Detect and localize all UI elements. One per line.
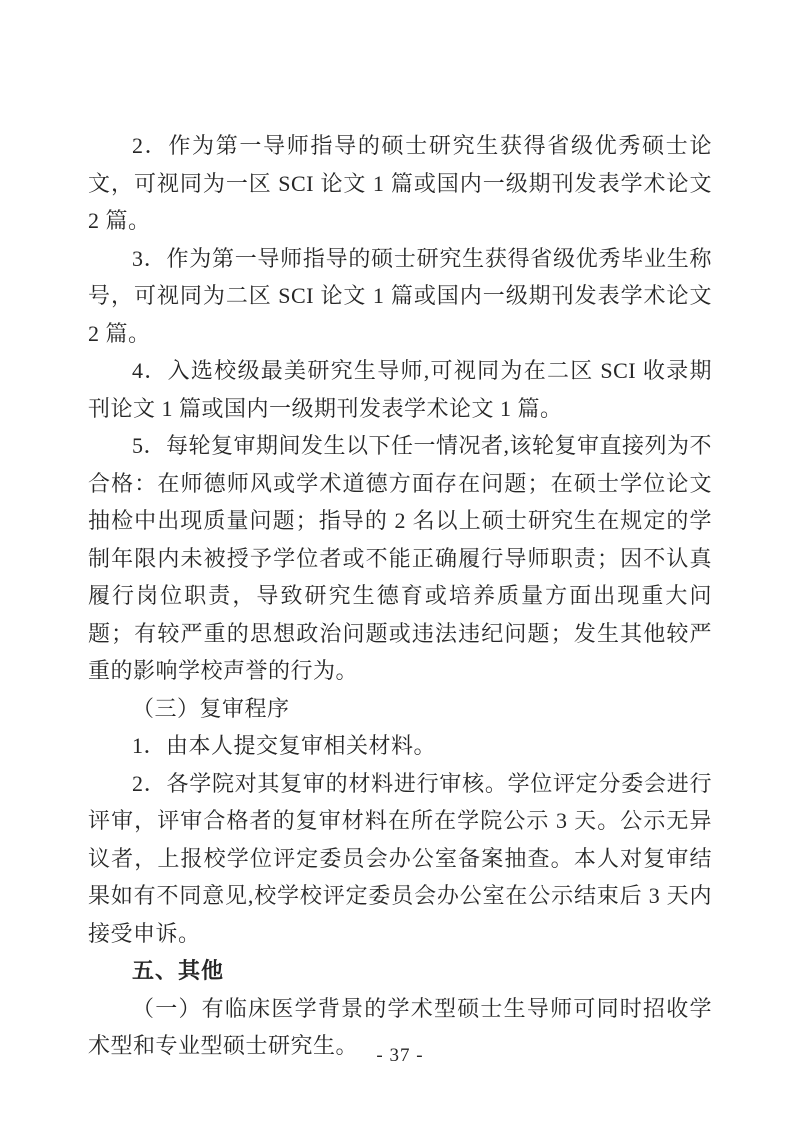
paragraph-item-5: 5．每轮复审期间发生以下任一情况者,该轮复审直接列为不合格：在师德师风或学术道德… <box>88 427 712 690</box>
paragraph-item-3: 3．作为第一导师指导的硕士研究生获得省级优秀毕业生称号，可视同为二区 SCI 论… <box>88 240 712 353</box>
paragraph-procedure-step-1: 1．由本人提交复审相关材料。 <box>88 727 712 765</box>
section-heading-others: 五、其他 <box>88 952 712 990</box>
paragraph-procedure-step-2: 2．各学院对其复审的材料进行审核。学位评定分委会进行评审，评审合格者的复审材料在… <box>88 765 712 953</box>
paragraph-item-2: 2．作为第一导师指导的硕士研究生获得省级优秀硕士论文，可视同为一区 SCI 论文… <box>88 127 712 240</box>
document-page: 2．作为第一导师指导的硕士研究生获得省级优秀硕士论文，可视同为一区 SCI 论文… <box>0 0 800 1131</box>
subheading-review-procedure: （三）复审程序 <box>88 690 712 728</box>
paragraph-item-4: 4．入选校级最美研究生导师,可视同为在二区 SCI 收录期刊论文 1 篇或国内一… <box>88 352 712 427</box>
document-body: 2．作为第一导师指导的硕士研究生获得省级优秀硕士论文，可视同为一区 SCI 论文… <box>88 127 712 1065</box>
page-number: - 37 - <box>0 1044 800 1068</box>
